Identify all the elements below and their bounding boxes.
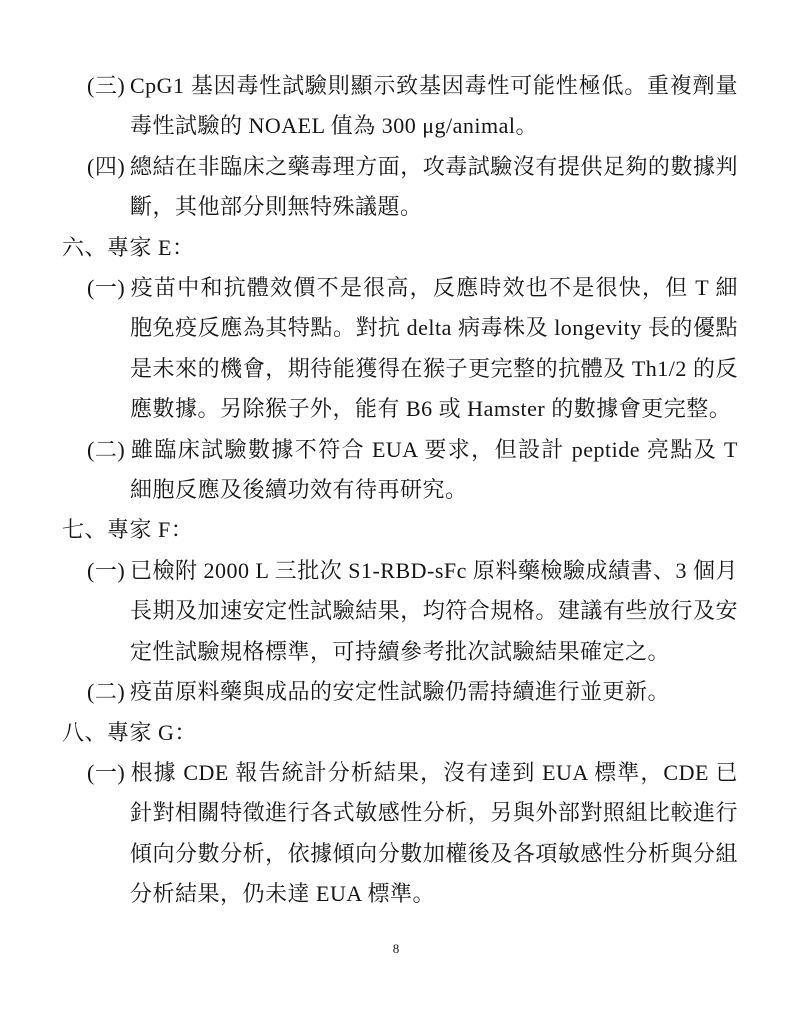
item-text: 已檢附 2000 L 三批次 S1-RBD-sFc 原料藥檢驗成績書、3 個月長… — [130, 558, 738, 664]
section-heading: 七、專家 F： — [62, 510, 738, 550]
item-text: 根據 CDE 報告統計分析結果，沒有達到 EUA 標準，CDE 已針對相關特徵進… — [130, 760, 738, 906]
list-item: (二)疫苗原料藥與成品的安定性試驗仍需持續進行並更新。 — [62, 672, 738, 712]
list-item: (二)雖臨床試驗數據不符合 EUA 要求，但設計 peptide 亮點及 T 細… — [62, 430, 738, 511]
item-marker: (三) — [87, 66, 130, 106]
section-heading: 八、專家 G： — [62, 713, 738, 753]
item-marker: (四) — [87, 147, 130, 187]
item-text: 總結在非臨床之藥毒理方面，攻毒試驗沒有提供足夠的數據判斷，其他部分則無特殊議題。 — [130, 154, 738, 219]
item-marker: (二) — [87, 430, 130, 470]
document-body: (三)CpG1 基因毒性試驗則顯示致基因毒性可能性極低。重複劑量毒性試驗的 NO… — [62, 66, 738, 915]
item-text: 疫苗中和抗體效價不是很高，反應時效也不是很快，但 T 細胞免疫反應為其特點。對抗… — [130, 275, 738, 421]
item-text: 雖臨床試驗數據不符合 EUA 要求，但設計 peptide 亮點及 T 細胞反應… — [130, 437, 738, 502]
list-item: (一)疫苗中和抗體效價不是很高，反應時效也不是很快，但 T 細胞免疫反應為其特點… — [62, 268, 738, 430]
item-marker: (二) — [87, 672, 130, 712]
item-marker: (一) — [87, 753, 130, 793]
list-item: (四)總結在非臨床之藥毒理方面，攻毒試驗沒有提供足夠的數據判斷，其他部分則無特殊… — [62, 147, 738, 228]
document-page: (三)CpG1 基因毒性試驗則顯示致基因毒性可能性極低。重複劑量毒性試驗的 NO… — [0, 0, 792, 1025]
item-marker: (一) — [87, 551, 130, 591]
page-number: 8 — [0, 941, 792, 957]
item-text: CpG1 基因毒性試驗則顯示致基因毒性可能性極低。重複劑量毒性試驗的 NOAEL… — [130, 73, 738, 138]
item-marker: (一) — [87, 268, 130, 308]
list-item: (一)根據 CDE 報告統計分析結果，沒有達到 EUA 標準，CDE 已針對相關… — [62, 753, 738, 915]
list-item: (一)已檢附 2000 L 三批次 S1-RBD-sFc 原料藥檢驗成績書、3 … — [62, 551, 738, 672]
item-text: 疫苗原料藥與成品的安定性試驗仍需持續進行並更新。 — [130, 679, 670, 704]
list-item: (三)CpG1 基因毒性試驗則顯示致基因毒性可能性極低。重複劑量毒性試驗的 NO… — [62, 66, 738, 147]
section-heading: 六、專家 E： — [62, 228, 738, 268]
